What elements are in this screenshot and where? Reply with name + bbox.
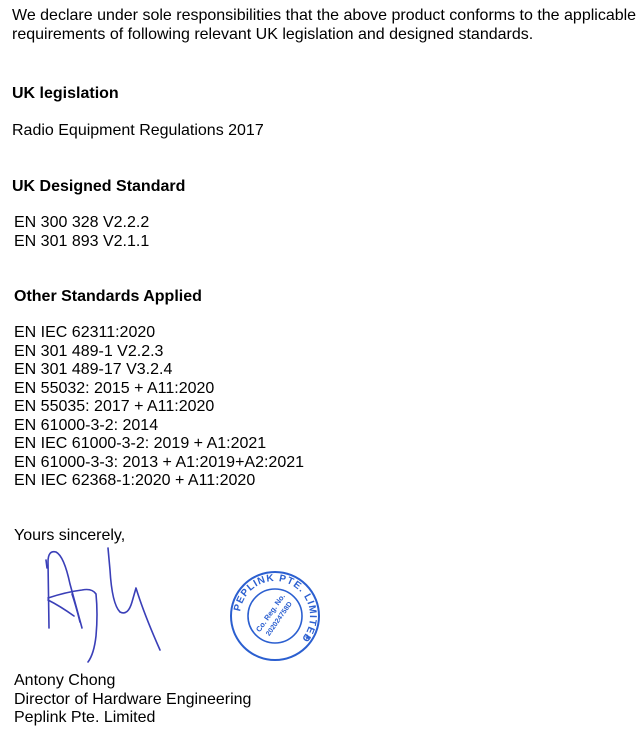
standard-item: EN 61000-3-2: 2014 (14, 417, 304, 436)
standard-item: EN 300 328 V2.2.2 (14, 214, 149, 233)
company-stamp: PEPLINK PTE. LIMITED Co. Reg. No. 202024… (228, 568, 322, 664)
standard-item: EN 301 489-1 V2.2.3 (14, 343, 304, 362)
signer-title: Director of Hardware Engineering (14, 691, 251, 710)
uk-legislation-heading: UK legislation (12, 85, 119, 104)
standard-item: EN IEC 62311:2020 (14, 324, 304, 343)
standard-item: EN 61000-3-3: 2013 + A1:2019+A2:2021 (14, 454, 304, 473)
signer-block: Antony Chong Director of Hardware Engine… (14, 672, 251, 728)
standard-item: EN 55032: 2015 + A11:2020 (14, 380, 304, 399)
declaration-line: requirements of following relevant UK le… (12, 26, 636, 45)
standard-item: EN 55035: 2017 + A11:2020 (14, 398, 304, 417)
uk-legislation-item: Radio Equipment Regulations 2017 (12, 122, 264, 141)
signer-name: Antony Chong (14, 672, 251, 691)
standard-item: EN IEC 61000-3-2: 2019 + A1:2021 (14, 435, 304, 454)
other-standards-heading: Other Standards Applied (14, 288, 202, 307)
signer-company: Peplink Pte. Limited (14, 709, 251, 728)
standard-item: EN IEC 62368-1:2020 + A11:2020 (14, 472, 304, 491)
standard-item: EN 301 489-17 V3.2.4 (14, 361, 304, 380)
closing-salutation: Yours sincerely, (14, 527, 125, 546)
uk-designed-standard-heading: UK Designed Standard (12, 178, 185, 197)
signature-image (36, 544, 166, 668)
standard-item: EN 301 893 V2.1.1 (14, 233, 149, 252)
other-standards-list: EN IEC 62311:2020 EN 301 489-1 V2.2.3 EN… (14, 324, 304, 491)
declaration-paragraph: We declare under sole responsibilities t… (12, 7, 636, 44)
star-icon: ★ (304, 633, 311, 642)
uk-designed-standard-list: EN 300 328 V2.2.2 EN 301 893 V2.1.1 (14, 214, 149, 251)
declaration-line: We declare under sole responsibilities t… (12, 7, 636, 26)
